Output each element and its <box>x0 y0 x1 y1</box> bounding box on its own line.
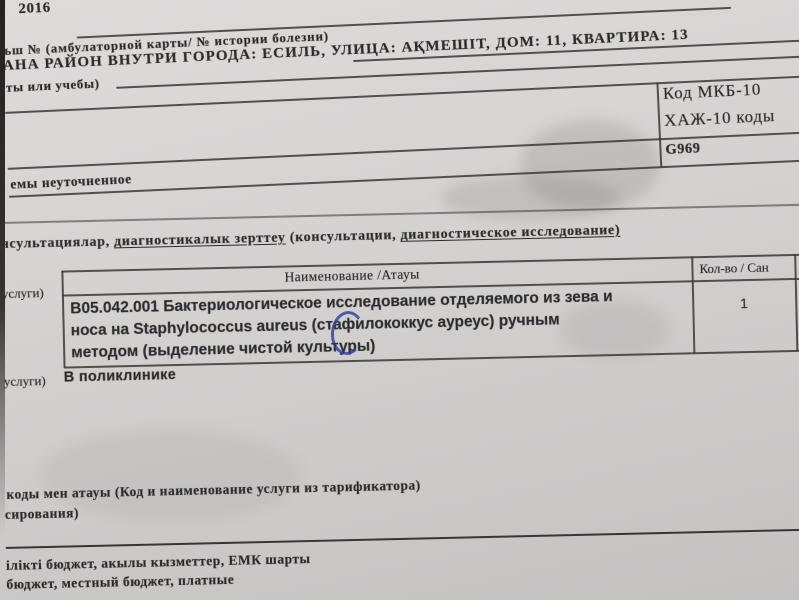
place-left-label: услуги) <box>4 373 46 390</box>
table-right-border <box>794 254 798 351</box>
table-top-border <box>61 254 799 273</box>
fragment-word: сирования) <box>5 505 79 523</box>
tariff-label: коды мен атауы (Код и наименование услуг… <box>6 478 421 503</box>
consult-part-3: (консультации, <box>285 228 400 246</box>
place-value: В поликлинике <box>64 367 177 386</box>
consult-section-label: нсультациялар, диагностикалык зерттеу (к… <box>1 223 621 253</box>
table-col-header-name: Наименование /Атауы <box>284 266 419 285</box>
consult-part-1: нсультациялар, <box>1 234 115 252</box>
funding-line-ru: бюджет, местный бюджет, платные <box>6 572 234 593</box>
form-lower-section: нсультациялар, диагностикалык зерттеу (к… <box>0 0 799 600</box>
consult-part-2: диагностикалык зерттеу <box>114 231 286 250</box>
footer-separator-line <box>6 529 799 550</box>
table-col-header-qty: Кол-во / Сан <box>699 260 769 278</box>
row-line <box>0 204 799 224</box>
funding-line-kz: ілікті бюджет, акылы кызметтер, ЕМК шарт… <box>6 551 311 574</box>
table-column-divider <box>691 256 695 353</box>
services-left-label: услуги) <box>2 285 44 302</box>
document-photo: 2016 ьш № (амбулаторной карты/ № истории… <box>0 0 799 600</box>
table-left-border <box>61 271 65 368</box>
table-row-qty: 1 <box>740 296 748 311</box>
photo-paper-edge <box>0 0 5 556</box>
consult-part-4: диагностическое исследование) <box>400 223 620 243</box>
